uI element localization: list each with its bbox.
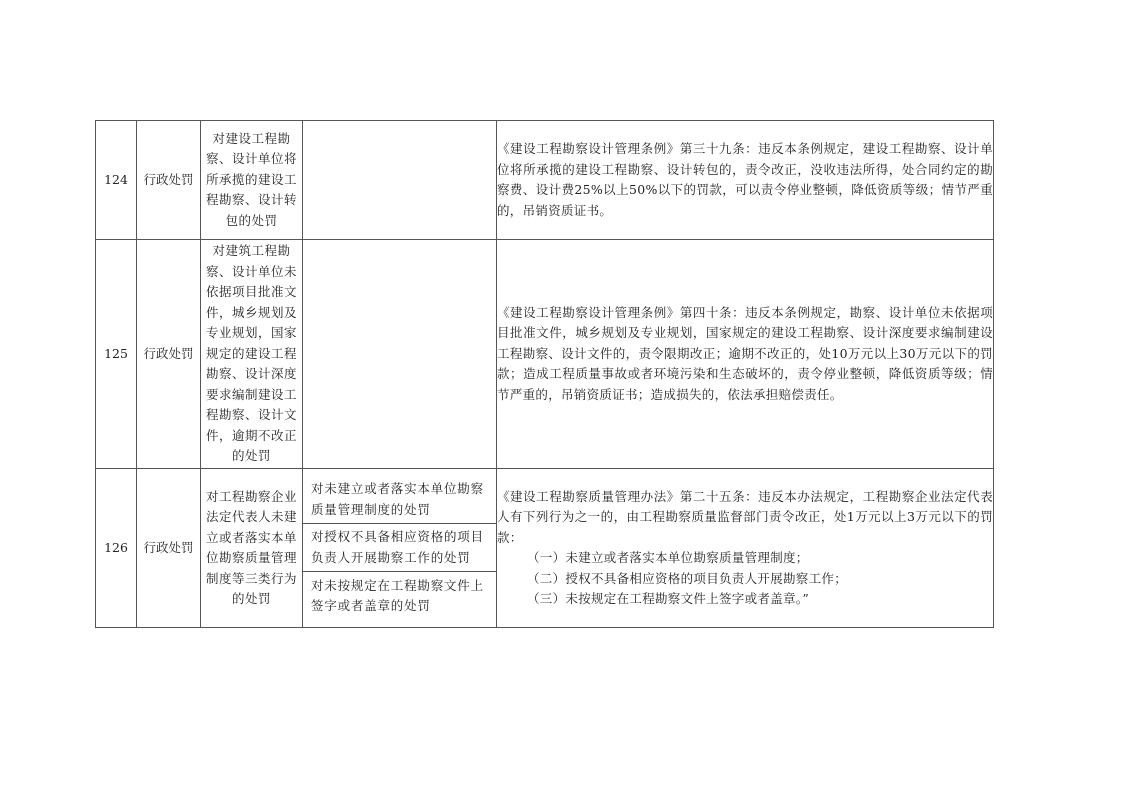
legal-basis: 《建设工程勘察质量管理办法》第二十五条：违反本办法规定，工程勘察企业法定代表人有… xyxy=(497,469,994,628)
sub-item: 对未建立或者落实本单位勘察质量管理制度的处罚 xyxy=(303,476,496,524)
basis-paragraph: 《建设工程勘察设计管理条例》第四十条：违反本条例规定，勘察、设计单位未依据项目批… xyxy=(497,303,993,406)
table-row: 126 行政处罚 对工程勘察企业法定代表人未建立或者落实本单位勘察质量管理制度等… xyxy=(96,469,994,628)
sub-item-cell: 对未建立或者落实本单位勘察质量管理制度的处罚 对授权不具备相应资格的项目负责人开… xyxy=(303,469,497,628)
table-row: 124 行政处罚 对建设工程勘察、设计单位将所承揽的建设工程勘察、设计转包的处罚… xyxy=(96,121,994,240)
penalty-type: 行政处罚 xyxy=(137,121,201,240)
basis-list-item: （一）未建立或者落实本单位勘察质量管理制度； xyxy=(497,548,993,569)
legal-basis: 《建设工程勘察设计管理条例》第四十条：违反本条例规定，勘察、设计单位未依据项目批… xyxy=(497,240,994,469)
penalty-item: 对建设工程勘察、设计单位将所承揽的建设工程勘察、设计转包的处罚 xyxy=(201,121,303,240)
legal-basis: 《建设工程勘察设计管理条例》第三十九条：违反本条例规定，建设工程勘察、设计单位将… xyxy=(497,121,994,240)
table-row: 125 行政处罚 对建筑工程勘察、设计单位未依据项目批准文件，城乡规划及专业规划… xyxy=(96,240,994,469)
penalty-table: 124 行政处罚 对建设工程勘察、设计单位将所承揽的建设工程勘察、设计转包的处罚… xyxy=(95,120,994,628)
basis-paragraph: 《建设工程勘察设计管理条例》第三十九条：违反本条例规定，建设工程勘察、设计单位将… xyxy=(497,139,993,221)
penalty-item: 对建筑工程勘察、设计单位未依据项目批准文件，城乡规划及专业规划，国家规定的建设工… xyxy=(201,240,303,469)
penalty-type: 行政处罚 xyxy=(137,469,201,628)
sub-item: 对未按规定在工程勘察文件上签字或者盖章的处罚 xyxy=(303,572,496,620)
penalty-type: 行政处罚 xyxy=(137,240,201,469)
penalty-item: 对工程勘察企业法定代表人未建立或者落实本单位勘察质量管理制度等三类行为的处罚 xyxy=(201,469,303,628)
row-number: 126 xyxy=(96,469,137,628)
sub-item-cell xyxy=(303,121,497,240)
row-number: 124 xyxy=(96,121,137,240)
basis-list-item: （二）授权不具备相应资格的项目负责人开展勘察工作； xyxy=(497,569,993,590)
sub-item-cell xyxy=(303,240,497,469)
row-number: 125 xyxy=(96,240,137,469)
sub-item: 对授权不具备相应资格的项目负责人开展勘察工作的处罚 xyxy=(303,524,496,572)
basis-paragraph: 《建设工程勘察质量管理办法》第二十五条：违反本办法规定，工程勘察企业法定代表人有… xyxy=(497,487,993,549)
basis-list-item: （三）未按规定在工程勘察文件上签字或者盖章。” xyxy=(497,589,993,610)
